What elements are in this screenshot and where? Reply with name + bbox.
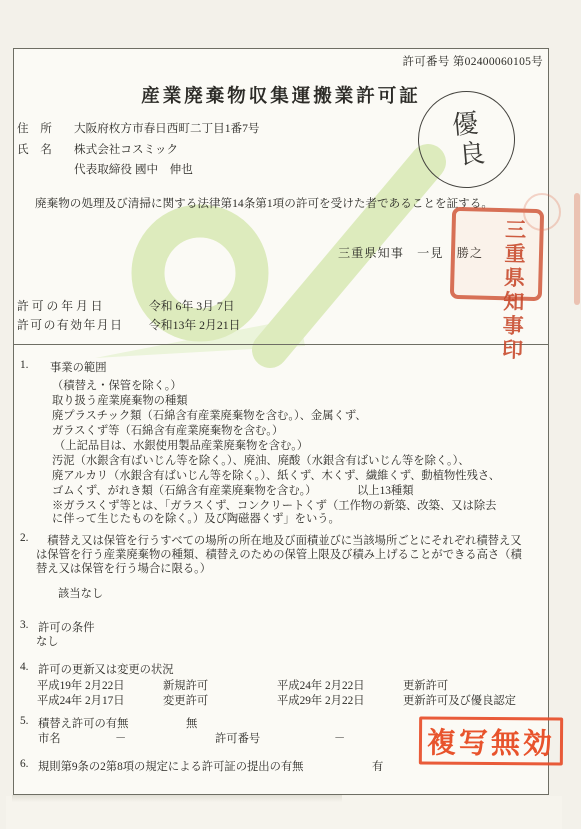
permit-number-value: 第02400060105号 [453,56,543,68]
name-label: 氏 名 [17,141,74,157]
expiry-date-value: 令和13年 2月21日 [149,316,240,333]
faint-red-smudge-stamp [523,193,561,231]
history-action: 変更許可 [163,692,208,708]
expiry-date-row: 許可の有効年月日 令和13年 2月21日 [17,316,240,333]
excellent-char-top: 優 [451,109,479,140]
section-1-note-line: に伴って生じたものを除く。）及び陶磁器くず」をいう。 [52,510,340,526]
section-5-answer: 無 [186,715,197,731]
section-1-line: 汚泥（水銀含有ばいじん等を除く。）、廃油、廃酸（水銀含有ばいじん等を除く。）、 [52,452,470,468]
history-action: 新規許可 [163,677,208,693]
governor-seal-text: 三重県知事印 [461,217,533,291]
city-label: 市名 [38,730,61,746]
section-1-line: 廃プラスチック類（石綿含有産業廃棄物を含む。）、金属くず、 [52,407,367,423]
permit-date-row: 許 可 の 年 月 日 令和 6年 3月 7日 [17,297,235,314]
name-value: 株式会社コスミック [74,141,178,157]
certification-statement: 廃棄物の処理及び清掃に関する法律第14条第1項の許可を受けた者であることを証する… [35,195,493,211]
permit-date-label: 許 可 の 年 月 日 [17,297,149,314]
copy-invalid-text: 複写無効 [427,720,555,762]
section-1-line: （上記品目は、水銀使用製品産業廃棄物を含む。） [54,437,308,453]
history-action: 更新許可及び優良認定 [403,692,516,708]
permit-number-label: 許可番号 [402,56,449,68]
copy-invalid-stamp: 複写無効 [419,716,563,765]
section-5-heading: 積替え許可の有無 [38,715,128,731]
history-date: 平成19年 2月22日 [37,677,125,693]
history-action: 更新許可 [403,677,448,693]
address-label: 住 所 [17,120,74,136]
frame-divider-line [13,344,549,345]
scanned-permit-document: 許可番号 第02400060105号 産業廃棄物収集運搬業許可証 優 良 住 所… [0,0,581,829]
section-1-total-note: 以上13種類 [357,482,414,498]
permit-label: 許可番号 [215,730,260,746]
section-6-answer: 有 [372,758,383,774]
section-6-heading: 規則第9条の2第8項の規定による許可証の提出の有無 [38,758,303,774]
section-3-number: 3. [20,619,28,631]
address-row: 住 所 大阪府枚方市春日西町二丁目1番7号 [17,120,260,136]
section-1-line: ゴムくず、がれき類（石綿含有産業廃棄物を含む。） [52,482,317,498]
section-1-line: ガラスくず等（石綿含有産業廃棄物を含む。） [52,422,283,438]
section-1-line: 取り扱う産業廃棄物の種類 [52,392,188,408]
representative-line: 代表取締役 國中 伸也 [74,161,193,177]
city-value: － [115,730,126,746]
section-2-answer: 該当なし [58,585,103,601]
permit-date-value: 令和 6年 3月 7日 [149,297,235,314]
section-2-number: 2. [20,532,28,544]
history-date: 平成29年 2月22日 [277,692,365,708]
section-5-number: 5. [20,715,28,727]
section-1-heading: 事業の範囲 [50,359,107,375]
section-1-line: （積替え・保管を除く。） [52,377,182,393]
history-date: 平成24年 2月22日 [277,677,365,693]
section-2-line: 替え又は保管を行う場合に限る。） [36,560,211,576]
name-row: 氏 名 株式会社コスミック [17,141,178,157]
section-4-heading: 許可の更新又は変更の状況 [38,661,174,677]
expiry-date-label: 許可の有効年月日 [17,316,149,333]
edge-red-ink-bleed [574,193,580,305]
certificate-frame: 許可番号 第02400060105号 産業廃棄物収集運搬業許可証 優 良 住 所… [13,48,549,795]
scan-shadow [12,795,342,802]
section-6-number: 6. [20,758,28,770]
history-date: 平成24年 2月17日 [37,692,125,708]
section-1-number: 1. [20,359,28,371]
permit-number: 許可番号 第02400060105号 [402,53,543,69]
section-1-line: 廃アルカリ（水銀含有ばいじん等を除く。）、紙くず、木くず、繊維くず、動植物性残さ… [52,467,500,483]
section-3-answer: なし [36,633,59,649]
permit-value: － [334,730,345,746]
address-value: 大阪府枚方市春日西町二丁目1番7号 [74,120,260,136]
section-4-number: 4. [20,661,28,673]
excellent-char-bottom: 良 [458,138,486,169]
